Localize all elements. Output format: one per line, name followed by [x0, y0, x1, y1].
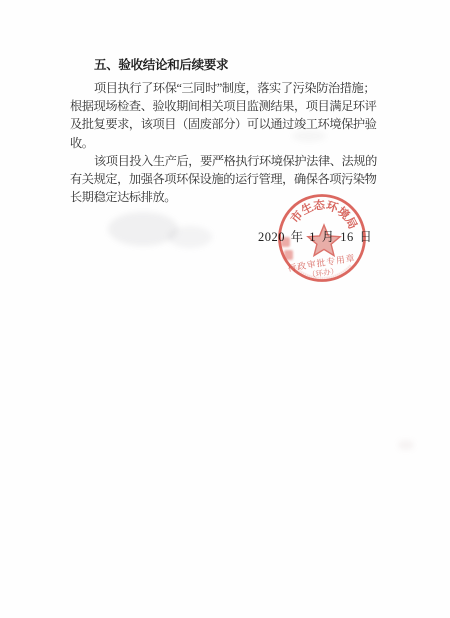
paragraph1-line: 项目执行了环保“三同时”制度，落实了污染防治措施； — [70, 79, 378, 97]
document-page: 五、验收结论和后续要求 项目执行了环保“三同时”制度，落实了污染防治措施； 根据… — [0, 0, 450, 618]
scan-smudge — [398, 440, 414, 450]
scan-smudge — [168, 226, 212, 248]
scan-smudge — [108, 212, 178, 246]
paragraph1-line: 及批复要求，该项目（固废部分）可以通过竣工环境保护验 — [70, 115, 378, 133]
paragraph1-line: 收。 — [70, 134, 378, 152]
paragraph2-line: 该项目投入生产后，要严格执行环境保护法律、法规的 — [70, 152, 378, 170]
section-title: 五、验收结论和后续要求 — [94, 56, 378, 74]
paragraph1-line: 根据现场检查、验收期间相关项目监测结果，项目满足环评 — [70, 97, 378, 115]
official-seal: 市 生 态 环 境 局 行政审批专用章 （环办） — [255, 171, 389, 305]
seal-bottom-text: 行政审批专用章 （环办） — [287, 252, 358, 283]
star-icon — [308, 225, 340, 256]
